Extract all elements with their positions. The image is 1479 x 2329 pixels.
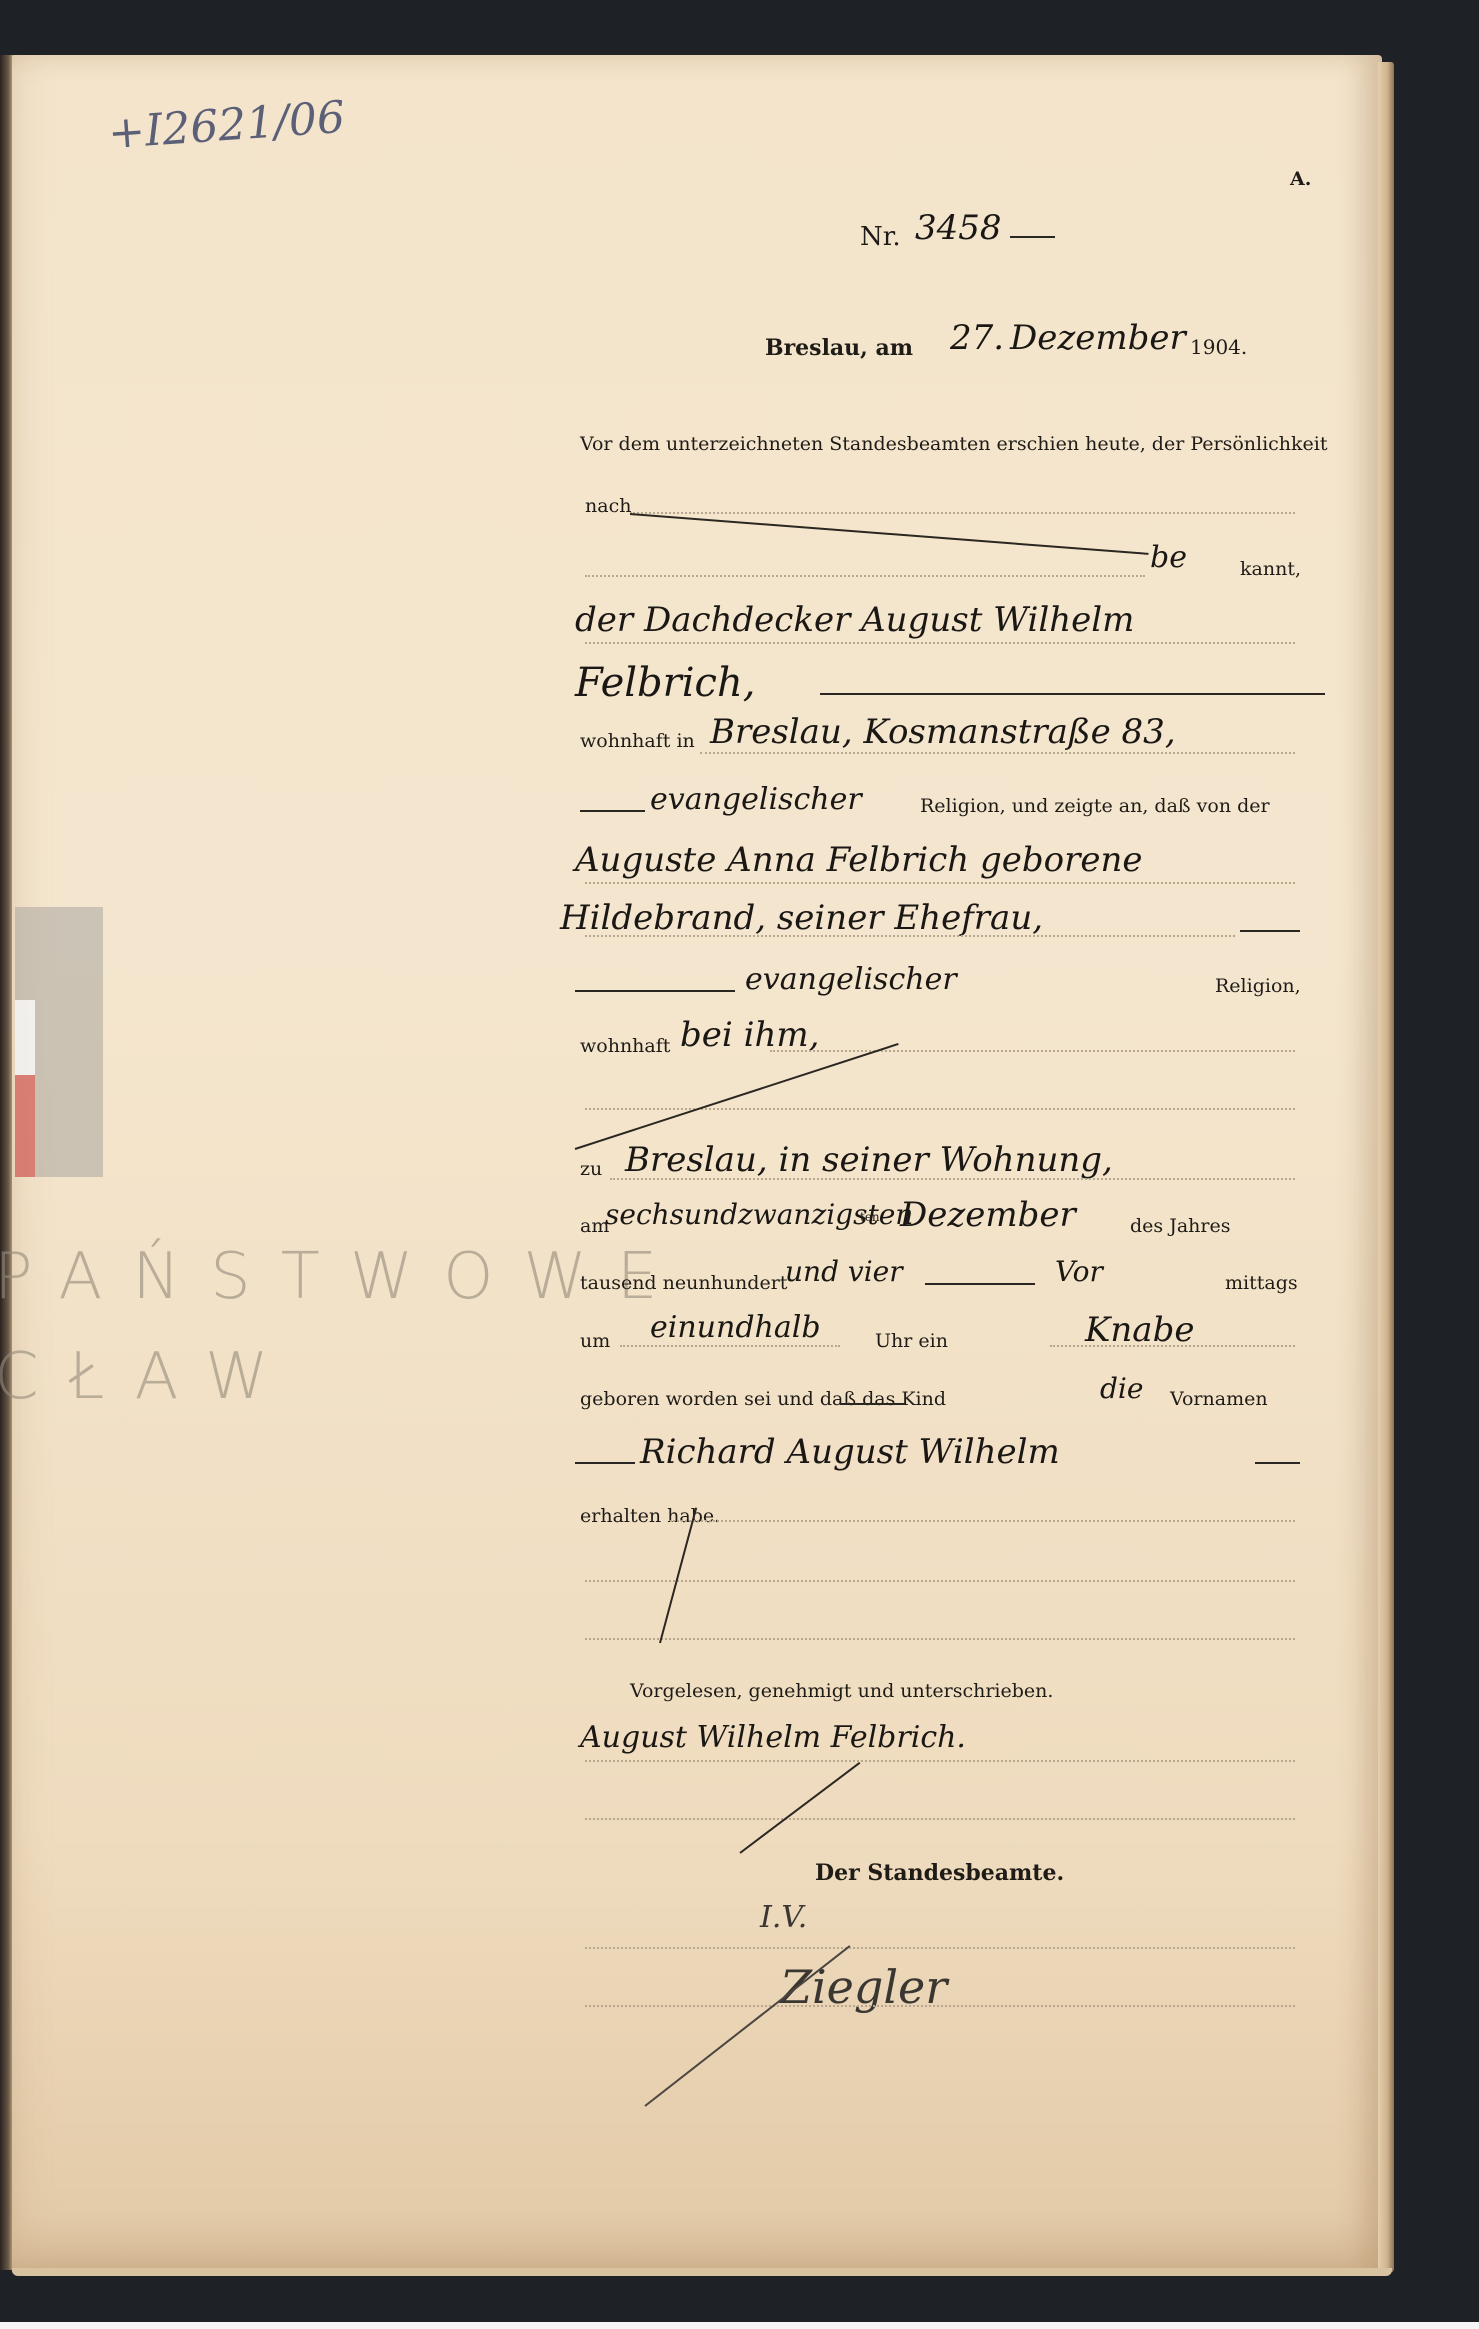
- registrar-line-1: [585, 1947, 1295, 1949]
- birth-month: Dezember: [900, 1195, 1076, 1235]
- date-year: 1904.: [1190, 335, 1247, 359]
- registrar-heading: Der Standesbeamte.: [815, 1860, 1064, 1886]
- religion-statement: Religion, und zeigte an, daß von der: [920, 795, 1270, 817]
- birth-time: einundhalb: [650, 1310, 821, 1345]
- blank-line-3: [585, 1638, 1295, 1640]
- date-month: Dezember: [1010, 318, 1186, 358]
- intro-text: Vor dem unterzeichneten Standesbeamten e…: [580, 433, 1328, 455]
- informant-line-1-rule: [585, 642, 1295, 644]
- tausend-label: tausend neunhundert: [580, 1272, 787, 1294]
- sex-line: [1050, 1345, 1295, 1347]
- mother-religion: evangelischer: [745, 962, 957, 997]
- uhr-ein: Uhr ein: [875, 1330, 948, 1352]
- child-sex: Knabe: [1085, 1310, 1194, 1350]
- place-date-prefix: Breslau, am: [765, 335, 913, 361]
- blank-line-2: [585, 1580, 1295, 1582]
- residence-line: [770, 1050, 1295, 1052]
- time-line: [620, 1345, 840, 1347]
- wohnhaft-in-label: wohnhaft in: [580, 730, 695, 752]
- birth-day-suffix: ten: [860, 1210, 880, 1224]
- watermark-line-2: CŁAW: [0, 1340, 298, 1414]
- vornamen: Vornamen: [1170, 1388, 1268, 1410]
- zu-label: zu: [580, 1158, 602, 1180]
- erhalten-line: [670, 1520, 1295, 1522]
- archive-logo-white: [15, 1000, 35, 1075]
- erhalten-habe: erhalten habe.: [580, 1505, 720, 1527]
- mother-line-1-rule: [585, 882, 1295, 884]
- registrar-line-2: [585, 2005, 1295, 2007]
- page-stack-edge: [1378, 62, 1394, 2272]
- informant-address: Breslau, Kosmanstraße 83,: [710, 712, 1176, 752]
- religion-label: Religion,: [1215, 975, 1301, 997]
- archive-logo-red: [15, 1075, 35, 1177]
- birth-place-line: [610, 1178, 1295, 1180]
- registrar-prefix: I.V.: [760, 1900, 807, 1935]
- form-code: A.: [1290, 168, 1311, 190]
- birth-place: Breslau, in seiner Wohnung,: [625, 1140, 1113, 1180]
- mother-line-2: Hildebrand, seiner Ehefrau,: [560, 898, 1043, 938]
- nach-line: [630, 512, 1295, 514]
- mother-line-1: Auguste Anna Felbrich geborene: [575, 840, 1142, 880]
- signature-line-2: [585, 1818, 1295, 1820]
- mother-residence: bei ihm,: [680, 1015, 819, 1055]
- names-dash-right: [1255, 1462, 1300, 1464]
- informant-religion: evangelischer: [650, 782, 862, 817]
- mother-religion-dash: [575, 990, 735, 992]
- informant-signature: August Wilhelm Felbrich.: [580, 1720, 966, 1755]
- record-number-value: 3458: [915, 208, 1002, 248]
- date-day: 27.: [950, 318, 1004, 358]
- des-jahres: des Jahres: [1130, 1215, 1230, 1237]
- um-label: um: [580, 1330, 610, 1352]
- signature-line: [585, 1760, 1295, 1762]
- child-names: Richard August Wilhelm: [640, 1432, 1060, 1472]
- bekannt-line: [585, 575, 1145, 577]
- informant-line-1: der Dachdecker August Wilhelm: [575, 600, 1134, 640]
- names-dash-left: [575, 1462, 635, 1464]
- birth-year-words: und vier: [785, 1255, 903, 1288]
- year-fill-dash: [925, 1283, 1035, 1285]
- informant-line-2: Felbrich,: [575, 660, 755, 706]
- mittags: mittags: [1225, 1272, 1298, 1294]
- vorgelesen: Vorgelesen, genehmigt und unterschrieben…: [630, 1680, 1053, 1702]
- record-number-flourish: [1010, 236, 1055, 238]
- wohnhaft-label: wohnhaft: [580, 1035, 670, 1057]
- bekannt-hand: be: [1150, 540, 1187, 575]
- mother-fill-dash: [1240, 930, 1300, 932]
- informant-fill-dash: [820, 693, 1325, 695]
- bekannt-print: kannt,: [1240, 558, 1301, 580]
- page-bottom-edge: [12, 2268, 1392, 2276]
- scan-bottom-border: [0, 2322, 1479, 2329]
- record-number-label: Nr.: [860, 222, 901, 252]
- kind-fill-dash: [840, 1403, 905, 1405]
- mother-line-2-rule: [585, 935, 1235, 937]
- address-line: [700, 752, 1295, 754]
- die-hand: die: [1100, 1372, 1143, 1405]
- nach-label: nach: [585, 495, 631, 517]
- vor-hand: Vor: [1055, 1255, 1103, 1288]
- geboren-text: geboren worden sei und daß das Kind: [580, 1388, 946, 1410]
- religion-dash: [580, 810, 645, 812]
